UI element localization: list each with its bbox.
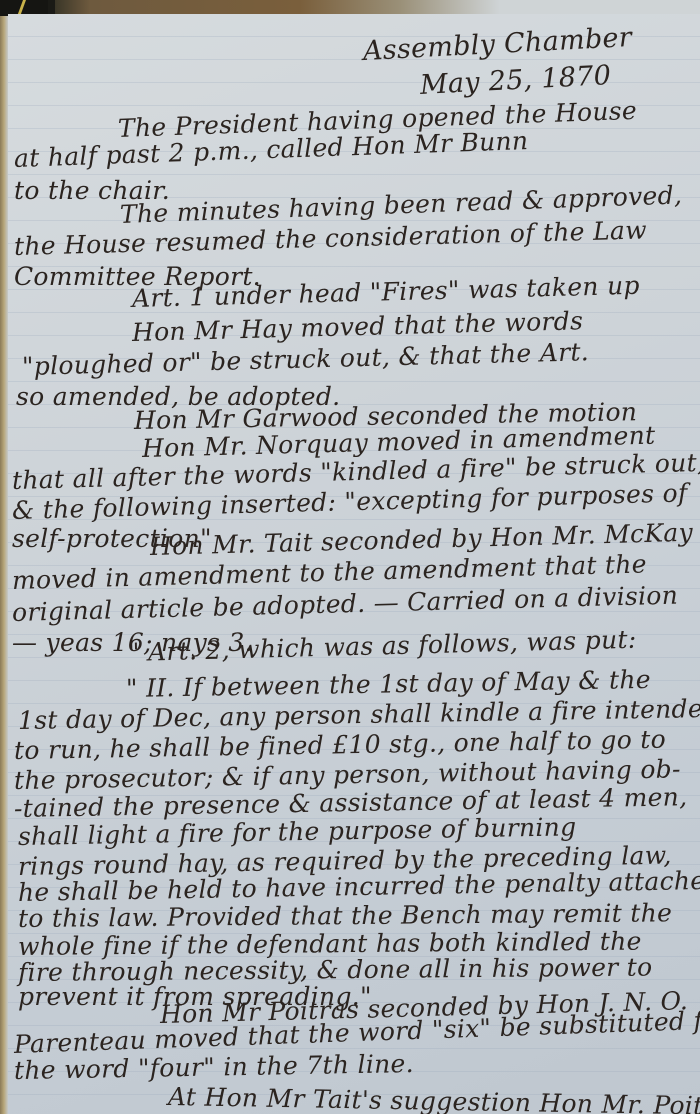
text-line: At Hon Mr Tait's suggestion Hon Mr. Poit… xyxy=(168,1082,700,1114)
text-line: the House resumed the consideration of t… xyxy=(14,215,648,261)
text-line: the word "four" in the 7th line. xyxy=(14,1049,414,1085)
page-edge xyxy=(0,16,8,1114)
text-line: "ploughed or" be struck out, & that the … xyxy=(22,337,590,381)
header-date: May 25, 1870 xyxy=(419,60,612,101)
manuscript-page: Assembly Chamber May 25, 1870 The Presid… xyxy=(8,14,700,1114)
